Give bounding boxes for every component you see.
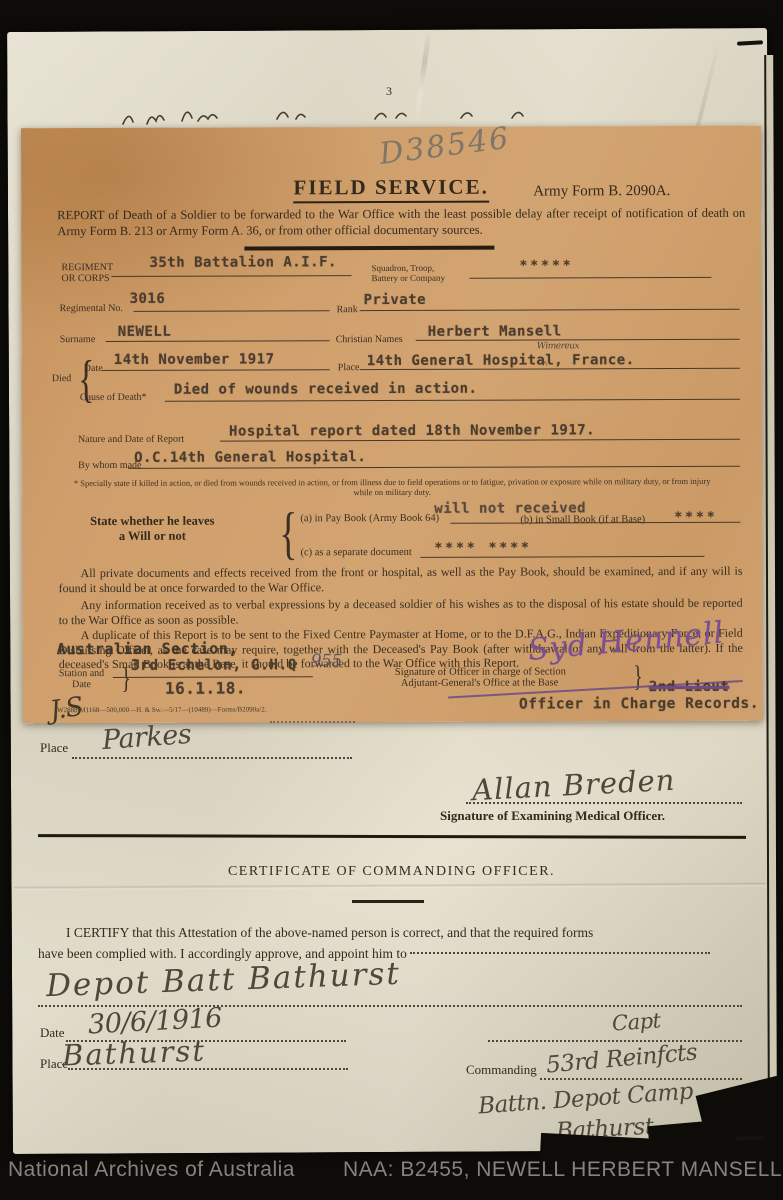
will-option-b-label: (b) in Small Book (if at Base) bbox=[520, 514, 645, 525]
regiment-value: 35th Battalion A.I.F. bbox=[149, 254, 337, 271]
printer-imprint: W2888 M1168—500,000—H. & Sw.—5/17—(10489… bbox=[57, 705, 267, 714]
will-option-c-line bbox=[420, 556, 704, 558]
cause-line bbox=[165, 399, 740, 402]
header-divider bbox=[244, 246, 494, 250]
form-intro: REPORT of Death of a Soldier to be forwa… bbox=[57, 206, 745, 239]
place2-dotted-line bbox=[68, 1068, 348, 1070]
signature-brace: } bbox=[633, 660, 642, 694]
certify-line1: I CERTIFY that this Attestation of the a… bbox=[38, 922, 746, 943]
struck-rank-text: 2nd Lieut bbox=[649, 679, 729, 695]
died-label: Died bbox=[52, 373, 71, 384]
cause-footnote: * Specially state if killed in action, o… bbox=[66, 476, 718, 498]
surname-label: Surname bbox=[60, 334, 96, 345]
rank-label: Rank bbox=[337, 304, 358, 315]
archive-watermark-left: National Archives of Australia bbox=[8, 1158, 295, 1182]
will-option-c-label: (c) as a separate document bbox=[300, 547, 411, 558]
died-date-line bbox=[102, 369, 330, 371]
died-date-label: Date bbox=[84, 363, 103, 374]
medical-signature-label: Signature of Examining Medical Officer. bbox=[440, 808, 665, 824]
regiment-label: REGIMENT OR CORPS bbox=[61, 262, 113, 284]
handwritten-reference-number: D38546 bbox=[377, 121, 512, 172]
officer-signature-label: Signature of Officer in charge of Sectio… bbox=[395, 666, 566, 689]
document-scan: 3 D38546 FIELD SERVICE. Army Form B. 209… bbox=[0, 0, 783, 1200]
will-label: State whether he leaves a Will or not bbox=[62, 514, 242, 545]
place2-value-handwriting: Bathurst bbox=[61, 1033, 206, 1072]
by-whom-label: By whom made bbox=[78, 460, 141, 471]
rank-line bbox=[360, 309, 740, 311]
paragraph-documents: All private documents and effects receiv… bbox=[58, 564, 742, 595]
rank-value: Private bbox=[364, 292, 427, 308]
form-title: FIELD SERVICE. bbox=[293, 175, 488, 204]
by-whom-value: O.C.14th General Hospital. bbox=[134, 449, 366, 466]
station-brace: } bbox=[121, 662, 130, 696]
station-date-value: 16.1.18. bbox=[165, 679, 246, 698]
station-date-label: Station and Date bbox=[59, 668, 104, 690]
christian-names-value: Herbert Mansell bbox=[428, 323, 562, 339]
regimental-no-value: 3016 bbox=[130, 291, 166, 307]
form-code: Army Form B. 2090A. bbox=[533, 183, 670, 200]
handwritten-initials: J.S bbox=[48, 692, 85, 726]
commanding-label: Commanding bbox=[466, 1062, 537, 1078]
station-annotation: 955 bbox=[311, 651, 342, 671]
cause-value: Died of wounds received in action. bbox=[174, 381, 478, 398]
died-place-value: 14th General Hospital, France. bbox=[367, 352, 635, 369]
report-label: Nature and Date of Report bbox=[78, 434, 184, 445]
squadron-value: ***** bbox=[519, 258, 573, 273]
australian-section-overlay: Australian Section, bbox=[57, 640, 238, 659]
certificate-short-divider bbox=[352, 900, 424, 903]
died-place-label: Place bbox=[338, 362, 360, 373]
squadron-label: Squadron, Troop, Battery or Company bbox=[371, 263, 445, 283]
will-brace: { bbox=[279, 499, 297, 566]
cause-label: Cause of Death* bbox=[80, 392, 147, 403]
certificate-title: CERTIFICATE OF COMMANDING OFFICER. bbox=[0, 864, 783, 880]
report-value: Hospital report dated 18th November 1917… bbox=[229, 422, 595, 439]
christian-names-label: Christian Names bbox=[336, 334, 403, 345]
archive-watermark-right: NAA: B2455, NEWELL HERBERT MANSELL bbox=[343, 1158, 782, 1182]
squadron-line bbox=[469, 277, 711, 279]
regimental-no-line bbox=[134, 310, 330, 312]
will-option-a-label: (a) in Pay Book (Army Book 64) bbox=[300, 513, 439, 524]
will-option-c-value: **** **** bbox=[434, 541, 532, 556]
medical-signature-dotted-line bbox=[466, 802, 742, 804]
by-whom-line bbox=[128, 466, 740, 469]
place-value-handwriting: Parkes bbox=[101, 719, 192, 756]
field-service-form: D38546 FIELD SERVICE. Army Form B. 2090A… bbox=[21, 126, 763, 724]
died-place-annotation: Wimereux bbox=[537, 341, 579, 351]
surname-value: NEWELL bbox=[118, 324, 172, 340]
station-value: 3rd Echelon, G.H.Q bbox=[131, 657, 297, 674]
place-dotted-line bbox=[72, 757, 352, 759]
surname-line bbox=[106, 340, 330, 342]
died-date-value: 14th November 1917 bbox=[114, 351, 275, 368]
officer-in-charge-title: Officer in Charge Records. bbox=[519, 696, 759, 713]
partial-dotted-line bbox=[270, 721, 355, 723]
cropped-handwriting-marks bbox=[115, 104, 585, 128]
died-place-line bbox=[360, 368, 740, 370]
page-number: 3 bbox=[386, 84, 392, 99]
place-label: Place bbox=[40, 740, 68, 756]
commanding-dotted-line bbox=[540, 1078, 742, 1080]
regimental-no-label: Regimental No. bbox=[60, 303, 123, 314]
regiment-line bbox=[111, 275, 351, 277]
captain-rank-handwriting: Capt bbox=[611, 1008, 661, 1035]
rank-dotted-line bbox=[488, 1040, 742, 1042]
appointment-dotted-tail bbox=[410, 952, 710, 954]
